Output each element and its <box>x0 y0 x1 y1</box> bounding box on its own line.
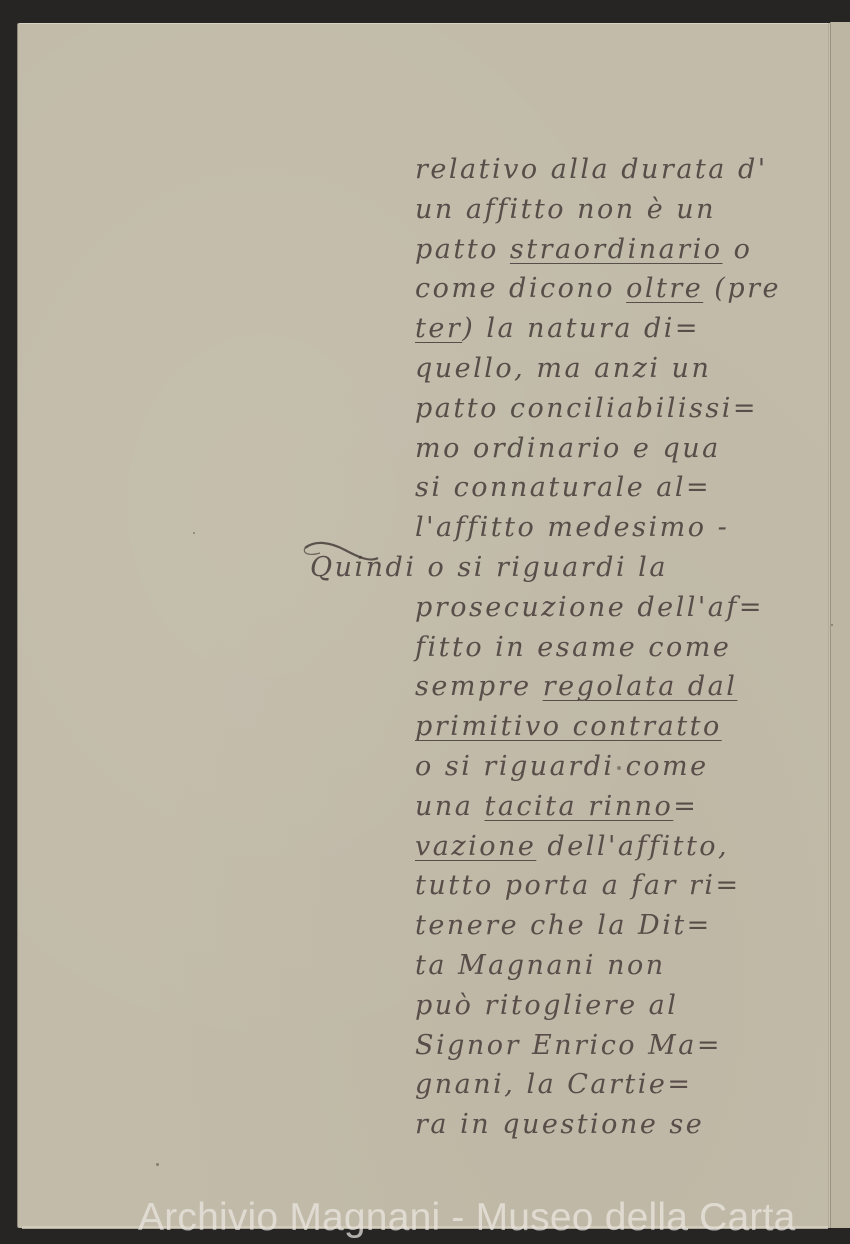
paper-speck <box>156 1163 159 1166</box>
line-text: fitto in esame come <box>415 632 731 663</box>
manuscript-line: Signor Enrico Ma= <box>415 1026 825 1066</box>
line-text: = <box>673 791 698 822</box>
manuscript-line: ta Magnani non <box>415 946 825 986</box>
line-text: ra in questione se <box>415 1109 704 1140</box>
manuscript-line: patto conciliabilissi= <box>415 389 825 429</box>
manuscript-line: sempre regolata dal <box>415 667 825 707</box>
manuscript-line: può ritogliere al <box>415 986 825 1026</box>
line-text: dell'affitto, <box>536 831 729 862</box>
manuscript-line: tutto porta a far ri= <box>415 866 825 906</box>
line-text: ) la natura di= <box>462 313 700 344</box>
adjacent-page-edge <box>830 22 850 1228</box>
manuscript-line: quello, ma anzi un <box>415 349 825 389</box>
manuscript-line: tenere che la Dit= <box>415 906 825 946</box>
manuscript-line: mo ordinario e qua <box>415 429 825 469</box>
line-text: l'affitto medesimo - <box>415 512 729 543</box>
manuscript-line: l'affitto medesimo - <box>415 508 825 548</box>
line-text: relativo alla durata d' <box>415 154 768 185</box>
manuscript-line: o si riguardi come <box>415 747 825 787</box>
manuscript-line: una tacita rinno= <box>415 787 825 827</box>
line-text: ta Magnani non <box>415 950 666 981</box>
underlined-text: vazione <box>415 831 536 862</box>
line-text: o si riguardi come <box>415 751 709 782</box>
line-text: mo ordinario e qua <box>415 433 721 464</box>
underlined-text: primitivo contratto <box>415 711 722 742</box>
line-text: quello, ma anzi un <box>415 353 711 384</box>
archive-watermark: Archivio Magnani - Museo della Carta <box>0 1196 850 1240</box>
manuscript-line: un affitto non è un <box>415 190 825 230</box>
line-text: patto conciliabilissi= <box>415 393 758 424</box>
line-text: un affitto non è un <box>415 194 716 225</box>
line-text: tutto porta a far ri= <box>415 870 741 901</box>
manuscript-line: ter) la natura di= <box>415 309 825 349</box>
line-text: (pre <box>703 273 781 304</box>
manuscript-line: vazione dell'affitto, <box>415 827 825 867</box>
underlined-text: tacita rinno <box>484 791 673 822</box>
paper-speck <box>831 624 833 626</box>
underlined-text: oltre <box>626 273 703 304</box>
manuscript-line: fitto in esame come <box>415 628 825 668</box>
line-text: può ritogliere al <box>415 990 678 1021</box>
line-text: come dicono <box>415 273 626 304</box>
manuscript-line: prosecuzione dell'af= <box>415 588 825 628</box>
line-text: tenere che la Dit= <box>415 910 712 941</box>
manuscript-line: come dicono oltre (pre <box>415 269 825 309</box>
line-text: una <box>415 791 484 822</box>
line-text: Signor Enrico Ma= <box>415 1030 722 1061</box>
manuscript-line: si connaturale al= <box>415 468 825 508</box>
manuscript-line: Quindi o si riguardi la <box>310 548 825 588</box>
manuscript-line: relativo alla durata d' <box>415 150 825 190</box>
line-text: Quindi o si riguardi la <box>310 552 668 583</box>
handwritten-text-block: relativo alla durata d'un affitto non è … <box>415 150 825 1145</box>
paper-speck <box>193 532 195 534</box>
manuscript-line: gnani, la Cartie= <box>415 1065 825 1105</box>
manuscript-line: patto straordinario o <box>415 230 825 270</box>
line-text: sempre <box>415 671 543 702</box>
line-text: prosecuzione dell'af= <box>415 592 764 623</box>
underlined-text: ter <box>415 313 462 344</box>
line-text: gnani, la Cartie= <box>415 1069 693 1100</box>
line-text: si connaturale al= <box>415 472 711 503</box>
line-text: o <box>723 234 753 265</box>
underlined-text: straordinario <box>510 234 723 265</box>
line-text: patto <box>415 234 510 265</box>
underlined-text: regolata dal <box>543 671 738 702</box>
manuscript-line: ra in questione se <box>415 1105 825 1145</box>
manuscript-line: primitivo contratto <box>415 707 825 747</box>
